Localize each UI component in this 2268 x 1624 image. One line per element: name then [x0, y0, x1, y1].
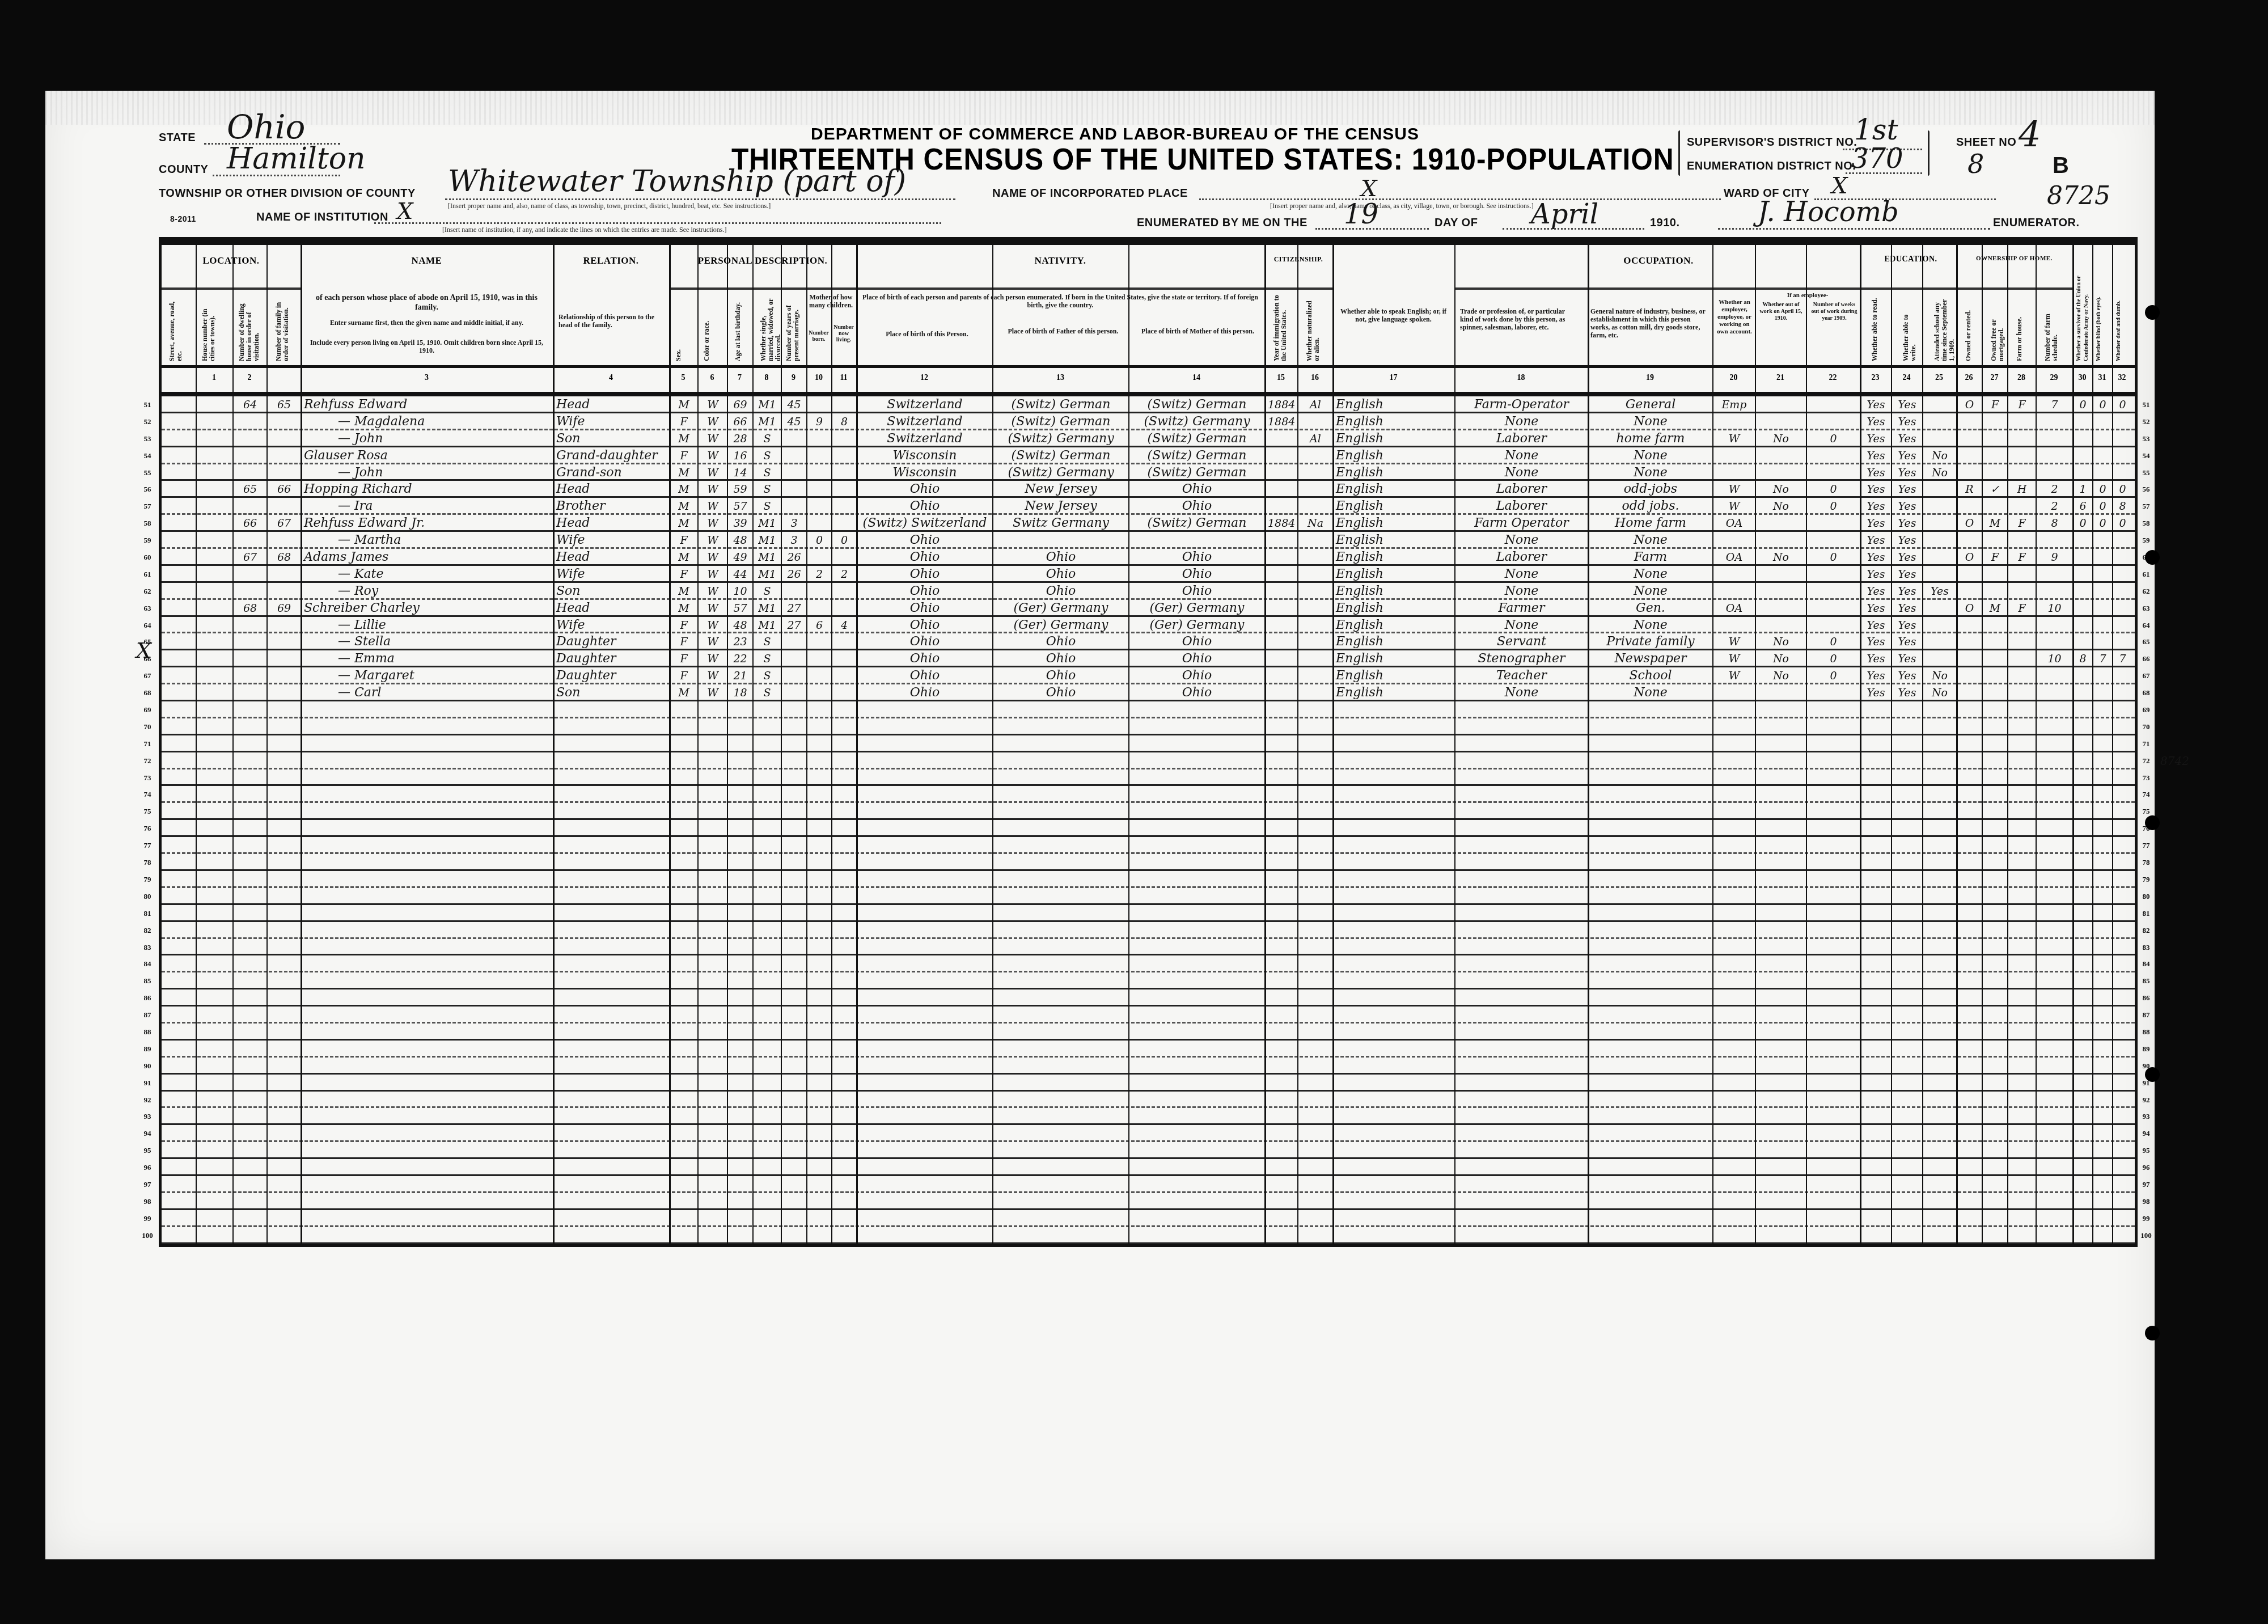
line-number: 61 [2138, 570, 2155, 579]
enumeration-value: 370 [1851, 143, 1903, 175]
cell-language: English [1336, 566, 1452, 581]
line-number: 61 [139, 570, 156, 579]
line-number: 67 [2138, 671, 2155, 680]
line-number: 56 [2138, 485, 2155, 494]
cell-out: No [1758, 667, 1804, 683]
cell-years-married: 27 [784, 617, 804, 632]
ward-label: WARD OF CITY [1724, 187, 1810, 200]
cell-living [835, 684, 854, 700]
cell-schedule [2039, 447, 2070, 463]
cell-language: English [1336, 413, 1452, 429]
cell-weeks: 0 [1809, 481, 1857, 496]
line-number: 97 [139, 1180, 156, 1189]
cell-weeks [1809, 515, 1857, 530]
cell-living [835, 430, 854, 446]
cell-marital: M1 [756, 532, 778, 547]
cell-name: — Martha [304, 532, 585, 547]
column-number: 4 [553, 374, 669, 383]
cell-family [270, 650, 298, 666]
cell-owned: O [1960, 396, 1979, 412]
cell-marital: S [756, 464, 778, 480]
cell-write: Yes [1894, 515, 1920, 530]
table-row: 56566566Hopping RichardHeadMW59SOhioNew … [162, 481, 2135, 498]
subhead-employer: Whether an employer, employee, or workin… [1715, 299, 1754, 336]
institution-value: X [397, 198, 413, 225]
empty-row: 8383 [162, 939, 2135, 956]
cell-sex: F [672, 532, 695, 547]
enumerated-label: ENUMERATED BY ME ON THE [1137, 217, 1308, 230]
empty-row: 7070 [162, 718, 2135, 735]
cell-relation: Wife [556, 617, 667, 632]
form-code: 8-2011 [170, 214, 196, 223]
cell-deaf [2115, 617, 2130, 632]
line-number: 81 [139, 909, 156, 918]
cell-mother: (Ger) Germany [1132, 600, 1262, 615]
column-number: 2 [232, 374, 266, 383]
cell-color: W [701, 498, 725, 513]
cell-father: Ohio [996, 566, 1126, 581]
cell-living [835, 667, 854, 683]
cell-mother: Ohio [1132, 481, 1262, 496]
column-number: 13 [992, 374, 1128, 383]
cell-dwelling [236, 464, 264, 480]
cell-language: English [1336, 498, 1452, 513]
cell-write: Yes [1894, 667, 1920, 683]
cell-read: Yes [1863, 515, 1889, 530]
cell-name: — Lillie [304, 617, 585, 632]
cell-write: Yes [1894, 583, 1920, 598]
cell-out [1758, 566, 1804, 581]
line-number: 82 [139, 926, 156, 935]
cell-industry: Private family [1591, 633, 1710, 649]
cell-deaf [2115, 447, 2130, 463]
cell-naturalized [1301, 464, 1330, 480]
cell-mortgaged [1985, 464, 2005, 480]
cell-born [810, 447, 829, 463]
cell-weeks [1809, 600, 1857, 615]
empty-row: 7373 [162, 769, 2135, 786]
subhead-house-number: House number (in cities or towns). [201, 293, 216, 361]
cell-schedule [2039, 430, 2070, 446]
cell-sex: F [672, 413, 695, 429]
line-number: 91 [139, 1079, 156, 1088]
cell-name: Rehfuss Edward [304, 396, 551, 412]
cell-owned [1960, 464, 1979, 480]
cell-out: No [1758, 481, 1804, 496]
cell-age: 28 [730, 430, 750, 446]
cell-blind [2096, 566, 2110, 581]
line-number: 89 [139, 1044, 156, 1054]
cell-blind [2096, 464, 2110, 480]
group-nativity: NATIVITY. [856, 255, 1264, 267]
cell-survivor [2076, 447, 2090, 463]
column-number-row: 1234567891011121314151617181920212223242… [162, 368, 2135, 396]
cell-dwelling [236, 633, 264, 649]
cell-school [1926, 566, 1954, 581]
cell-read: Yes [1863, 600, 1889, 615]
cell-industry: None [1591, 566, 1710, 581]
cell-color: W [701, 566, 725, 581]
cell-born [810, 481, 829, 496]
cell-mortgaged [1985, 532, 2005, 547]
subhead-relation: Relationship of this person to the head … [558, 313, 666, 329]
cell-relation: Daughter [556, 667, 667, 683]
cell-deaf [2115, 430, 2130, 446]
cell-schedule [2039, 532, 2070, 547]
cell-name: Hopping Richard [304, 481, 551, 496]
cell-out [1758, 617, 1804, 632]
cell-birth: Ohio [860, 600, 990, 615]
cell-mortgaged: F [1985, 396, 2005, 412]
cell-birth: Ohio [860, 566, 990, 581]
cell-relation: Wife [556, 566, 667, 581]
cell-born: 9 [810, 413, 829, 429]
table-row: 6767— MargaretDaughterFW21SOhioOhioOhioE… [162, 667, 2135, 684]
cell-language: English [1336, 684, 1452, 700]
cell-birth: Switzerland [860, 396, 990, 412]
cell-schedule [2039, 667, 2070, 683]
subhead-name-2: Enter surname first, then the given name… [306, 319, 547, 327]
subhead-naturalized: Whether naturalized or alien. [1306, 293, 1321, 361]
line-number: 51 [2138, 400, 2155, 409]
cell-mortgaged [1985, 583, 2005, 598]
cell-write: Yes [1894, 396, 1920, 412]
cell-born [810, 667, 829, 683]
cell-name: — Magdalena [304, 413, 585, 429]
cell-family: 68 [270, 549, 298, 564]
cell-schedule: 9 [2039, 549, 2070, 564]
cell-farm [2011, 447, 2033, 463]
cell-weeks: 0 [1809, 650, 1857, 666]
cell-employer: OA [1716, 600, 1753, 615]
cell-marital: M1 [756, 600, 778, 615]
cell-school [1926, 549, 1954, 564]
cell-mother: Ohio [1132, 684, 1262, 700]
cell-father: Ohio [996, 667, 1126, 683]
cell-relation: Son [556, 684, 667, 700]
cell-language: English [1336, 549, 1452, 564]
cell-write: Yes [1894, 549, 1920, 564]
cell-read: Yes [1863, 532, 1889, 547]
empty-row: 9191 [162, 1075, 2135, 1092]
cell-relation: Son [556, 583, 667, 598]
cell-schedule: 7 [2039, 396, 2070, 412]
line-number: 64 [139, 621, 156, 630]
cell-school [1926, 515, 1954, 530]
line-number: 60 [139, 553, 156, 562]
cell-age: 10 [730, 583, 750, 598]
cell-birth: Ohio [860, 650, 990, 666]
cell-living [835, 650, 854, 666]
cell-born [810, 549, 829, 564]
cell-father: (Switz) German [996, 447, 1126, 463]
cell-deaf: 0 [2115, 481, 2130, 496]
cell-mortgaged [1985, 617, 2005, 632]
cell-dwelling [236, 583, 264, 598]
cell-schedule [2039, 464, 2070, 480]
subhead-industry: General nature of industry, business, or… [1590, 307, 1710, 339]
cell-immigration: 1884 [1268, 396, 1295, 412]
cell-mother: (Switz) German [1132, 447, 1262, 463]
cell-out [1758, 515, 1804, 530]
line-number: 74 [2138, 790, 2155, 799]
cell-family: 67 [270, 515, 298, 530]
cell-trade: Farmer [1458, 600, 1585, 615]
cell-birth: Ohio [860, 549, 990, 564]
subhead-deaf: Whether deaf and dumb. [2115, 251, 2122, 361]
cell-employer: W [1716, 430, 1753, 446]
cell-name: Schreiber Charley [304, 600, 551, 615]
column-number: 24 [1891, 374, 1922, 383]
cell-father: (Switz) Germany [996, 430, 1126, 446]
line-number: 59 [139, 536, 156, 545]
cell-farm [2011, 684, 2033, 700]
cell-farm [2011, 650, 2033, 666]
cell-blind [2096, 600, 2110, 615]
cell-weeks: 0 [1809, 498, 1857, 513]
sheet-number: 4 [2019, 113, 2041, 155]
line-number: 85 [2138, 976, 2155, 986]
empty-row: 7272 [162, 752, 2135, 769]
cell-naturalized [1301, 600, 1330, 615]
cell-survivor [2076, 430, 2090, 446]
line-number: 53 [2138, 434, 2155, 443]
cell-years-married [784, 667, 804, 683]
cell-years-married: 3 [784, 532, 804, 547]
line-number: 77 [2138, 841, 2155, 850]
column-number: 1 [196, 374, 232, 383]
line-number: 79 [139, 875, 156, 884]
cell-employer: W [1716, 667, 1753, 683]
cell-deaf [2115, 600, 2130, 615]
subhead-mother-of: Mother of how many children. [807, 293, 855, 309]
sheet-stamped: 8 [1967, 149, 1984, 179]
cell-employer: OA [1716, 515, 1753, 530]
line-number: 82 [2138, 926, 2155, 935]
cell-employer [1716, 464, 1753, 480]
cell-language: English [1336, 650, 1452, 666]
cell-blind: 7 [2096, 650, 2110, 666]
cell-blind: 0 [2096, 481, 2110, 496]
cell-years-married [784, 650, 804, 666]
cell-birth: Wisconsin [860, 447, 990, 463]
cell-schedule: 2 [2039, 481, 2070, 496]
cell-survivor [2076, 464, 2090, 480]
cell-weeks [1809, 583, 1857, 598]
line-number: 58 [2138, 519, 2155, 528]
line-number: 96 [2138, 1163, 2155, 1172]
cell-survivor [2076, 600, 2090, 615]
cell-immigration [1268, 617, 1295, 632]
cell-farm: F [2011, 396, 2033, 412]
cell-age: 66 [730, 413, 750, 429]
cell-name: Adams James [304, 549, 551, 564]
line-number: 100 [2138, 1231, 2155, 1240]
cell-mortgaged [1985, 684, 2005, 700]
cell-marital: M1 [756, 617, 778, 632]
cell-born [810, 464, 829, 480]
line-number: 59 [2138, 536, 2155, 545]
cell-out [1758, 413, 1804, 429]
cell-immigration [1268, 583, 1295, 598]
cell-school [1926, 396, 1954, 412]
cell-dwelling: 67 [236, 549, 264, 564]
cell-born [810, 430, 829, 446]
cell-sex: F [672, 566, 695, 581]
cell-born [810, 684, 829, 700]
empty-row: 8787 [162, 1006, 2135, 1024]
cell-deaf [2115, 464, 2130, 480]
table-row: 6464— LillieWifeFW48M12764Ohio(Ger) Germ… [162, 617, 2135, 634]
cell-weeks: 0 [1809, 633, 1857, 649]
line-number: 98 [139, 1197, 156, 1206]
cell-dwelling [236, 430, 264, 446]
enumerated-month: April [1531, 198, 1598, 230]
empty-row: 6969 [162, 701, 2135, 718]
cell-born: 6 [810, 617, 829, 632]
cell-write: Yes [1894, 566, 1920, 581]
cell-mother: (Switz) German [1132, 430, 1262, 446]
cell-living: 4 [835, 617, 854, 632]
cell-immigration [1268, 549, 1295, 564]
cell-language: English [1336, 464, 1452, 480]
cell-birth: Ohio [860, 498, 990, 513]
cell-family: 69 [270, 600, 298, 615]
cell-naturalized [1301, 617, 1330, 632]
cell-naturalized [1301, 633, 1330, 649]
state-label: STATE [159, 132, 196, 145]
subhead-write: Whether able to write. [1902, 296, 1917, 361]
enumerator-name: J. Hocomb [1758, 196, 1899, 228]
column-number: 15 [1264, 374, 1297, 383]
line-number: 73 [2138, 773, 2155, 783]
line-number: 86 [2138, 993, 2155, 1003]
line-number: 58 [139, 519, 156, 528]
cell-living [835, 515, 854, 530]
sheet-letter: B [2053, 153, 2069, 179]
subhead-birth-person: Place of birth of this Person. [862, 330, 992, 338]
cell-survivor: 1 [2076, 481, 2090, 496]
incorporated-label: NAME OF INCORPORATED PLACE [992, 187, 1188, 200]
cell-read: Yes [1863, 617, 1889, 632]
cell-naturalized [1301, 413, 1330, 429]
line-number: 84 [139, 959, 156, 969]
subhead-marital: Whether single, married, widowed, or div… [760, 293, 782, 361]
line-number: 53 [139, 434, 156, 443]
punch-hole [2145, 305, 2160, 320]
cell-born [810, 600, 829, 615]
cell-sex: F [672, 667, 695, 683]
cell-employer: W [1716, 633, 1753, 649]
cell-survivor [2076, 684, 2090, 700]
year-label: 1910. [1650, 217, 1680, 230]
cell-mother: Ohio [1132, 633, 1262, 649]
cell-sex: M [672, 583, 695, 598]
cell-relation: Head [556, 481, 667, 496]
cell-employer [1716, 583, 1753, 598]
cell-age: 48 [730, 532, 750, 547]
subhead-immigration: Year of immigration to the United States… [1273, 293, 1288, 361]
line-number: 69 [2138, 705, 2155, 714]
cell-school [1926, 600, 1954, 615]
cell-mortgaged: F [1985, 549, 2005, 564]
column-number: 16 [1297, 374, 1332, 383]
cell-marital: S [756, 583, 778, 598]
line-number: 83 [2138, 943, 2155, 952]
cell-owned [1960, 447, 1979, 463]
cell-industry: General [1591, 396, 1710, 412]
empty-row: 9797 [162, 1176, 2135, 1193]
cell-color: W [701, 617, 725, 632]
cell-dwelling [236, 684, 264, 700]
cell-out [1758, 532, 1804, 547]
subhead-survivor: Whether a survivor of the Union or Confe… [2075, 251, 2090, 361]
cell-naturalized: Na [1301, 515, 1330, 530]
cell-age: 39 [730, 515, 750, 530]
cell-farm: H [2011, 481, 2033, 496]
table-header: LOCATION. NAME RELATION. PERSONAL DESCRI… [162, 245, 2135, 368]
cell-immigration [1268, 498, 1295, 513]
cell-living [835, 481, 854, 496]
line-number: 79 [2138, 875, 2155, 884]
cell-color: W [701, 413, 725, 429]
cell-mother: Ohio [1132, 583, 1262, 598]
cell-owned [1960, 532, 1979, 547]
cell-marital: S [756, 481, 778, 496]
cell-living [835, 464, 854, 480]
table-row: 6262— RoySonMW10SOhioOhioOhioEnglishNone… [162, 583, 2135, 600]
cell-immigration [1268, 430, 1295, 446]
cell-read: Yes [1863, 481, 1889, 496]
cell-read: Yes [1863, 464, 1889, 480]
table-row: 6565— StellaDaughterFW23SOhioOhioOhioEng… [162, 633, 2135, 650]
census-title: THIRTEENTH CENSUS OF THE UNITED STATES: … [731, 142, 1674, 177]
cell-owned [1960, 667, 1979, 683]
cell-marital: S [756, 498, 778, 513]
cell-out [1758, 396, 1804, 412]
line-number: 72 [139, 756, 156, 766]
subhead-farm-schedule: Number of farm schedule. [2044, 296, 2059, 361]
cell-blind [2096, 583, 2110, 598]
column-number: 25 [1922, 374, 1956, 383]
cell-weeks [1809, 617, 1857, 632]
cell-owned [1960, 498, 1979, 513]
cell-mortgaged [1985, 633, 2005, 649]
line-number: 93 [139, 1112, 156, 1121]
cell-marital: S [756, 633, 778, 649]
empty-row: 100100 [162, 1227, 2135, 1244]
subhead-language: Whether able to speak English; or, if no… [1335, 307, 1452, 323]
cell-marital: S [756, 667, 778, 683]
cell-color: W [701, 684, 725, 700]
cell-father: (Switz) German [996, 413, 1126, 429]
cell-name: — John [304, 430, 585, 446]
cell-naturalized: Al [1301, 396, 1330, 412]
cell-living: 8 [835, 413, 854, 429]
cell-mother [1132, 532, 1262, 547]
empty-row: 8080 [162, 888, 2135, 905]
cell-employer: W [1716, 650, 1753, 666]
empty-row: 9090 [162, 1058, 2135, 1075]
cell-owned [1960, 633, 1979, 649]
line-number: 69 [139, 705, 156, 714]
cell-farm [2011, 464, 2033, 480]
line-number: 57 [2138, 502, 2155, 511]
cell-farm [2011, 430, 2033, 446]
subhead-read: Whether able to read. [1871, 296, 1878, 361]
cell-deaf: 8 [2115, 498, 2130, 513]
line-number: 52 [139, 417, 156, 426]
